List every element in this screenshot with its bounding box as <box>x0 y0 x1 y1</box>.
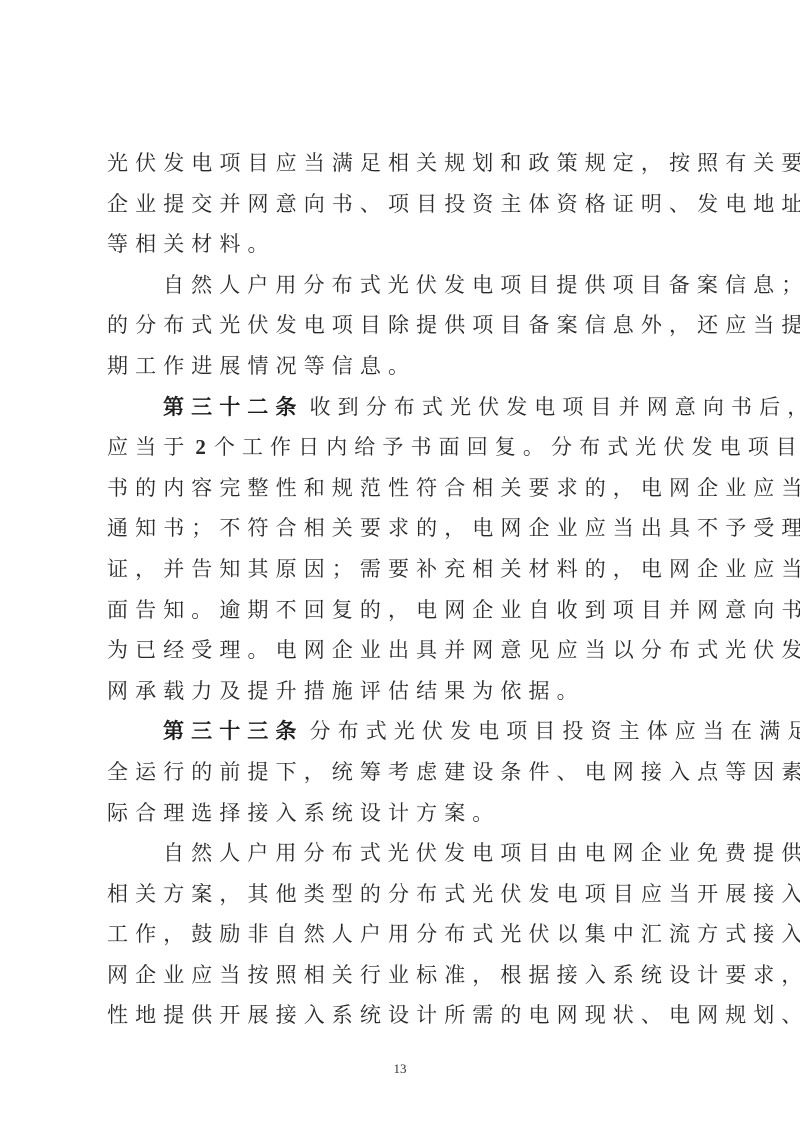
document-page: 光伏发电项目应当满足相关规划和政策规定，按照有关要求向电网 企业提交并网意向书、… <box>0 0 800 1131</box>
article-heading: 第三十二条 <box>163 394 304 419</box>
text-line: 相关方案，其他类型的分布式光伏发电项目应当开展接入系统设计 <box>107 874 707 915</box>
article-32-line: 第三十二条收到分布式光伏发电项目并网意向书后，电网企业 <box>107 387 707 428</box>
text-line: 性地提供开展接入系统设计所需的电网现状、电网规划、接入条件 <box>107 995 707 1036</box>
document-body: 光伏发电项目应当满足相关规划和政策规定，按照有关要求向电网 企业提交并网意向书、… <box>107 143 707 1036</box>
paragraph-start-line: 自然人户用分布式光伏发电项目由电网企业免费提供接入系统 <box>107 833 707 874</box>
text-line: 工作，鼓励非自然人户用分布式光伏以集中汇流方式接入电网。电 <box>107 914 707 955</box>
text-segment: 个工作日内给予书面回复。分布式光伏发电项目并网意向 <box>214 435 800 459</box>
text-line: 企业提交并网意向书、项目投资主体资格证明、发电地址权属证明 <box>107 184 707 225</box>
text-line: 全运行的前提下，统筹考虑建设条件、电网接入点等因素，结合实 <box>107 752 707 793</box>
text-line: 证，并告知其原因；需要补充相关材料的，电网企业应当一次性书 <box>107 549 707 590</box>
article-text: 收到分布式光伏发电项目并网意向书后，电网企业 <box>310 395 800 419</box>
text-segment: 应当于 <box>107 435 191 459</box>
text-line: 为已经受理。电网企业出具并网意见应当以分布式光伏发电接入电 <box>107 630 707 671</box>
paragraph-start-line: 自然人户用分布式光伏发电项目提供项目备案信息；其他类型 <box>107 265 707 306</box>
article-text: 分布式光伏发电项目投资主体应当在满足电网安 <box>310 719 800 743</box>
text-line: 际合理选择接入系统设计方案。 <box>107 793 707 834</box>
text-line: 网企业应当按照相关行业标准，根据接入系统设计要求，及时一次 <box>107 955 707 996</box>
text-line: 书的内容完整性和规范性符合相关要求的，电网企业应当出具受理 <box>107 468 707 509</box>
text-line: 应当于2个工作日内给予书面回复。分布式光伏发电项目并网意向 <box>107 427 707 468</box>
text-line: 的分布式光伏发电项目除提供项目备案信息外，还应当提供项目前 <box>107 305 707 346</box>
text-line: 通知书；不符合相关要求的，电网企业应当出具不予受理的书面凭 <box>107 508 707 549</box>
article-heading: 第三十三条 <box>163 718 304 743</box>
text-line: 面告知。逾期不回复的，电网企业自收到项目并网意向书之日起视 <box>107 590 707 631</box>
page-number: 13 <box>0 1061 800 1077</box>
text-line: 等相关材料。 <box>107 224 707 265</box>
text-line: 网承载力及提升措施评估结果为依据。 <box>107 671 707 712</box>
text-line: 光伏发电项目应当满足相关规划和政策规定，按照有关要求向电网 <box>107 143 707 184</box>
article-33-line: 第三十三条分布式光伏发电项目投资主体应当在满足电网安 <box>107 711 707 752</box>
day-count: 2 <box>191 435 214 459</box>
text-line: 期工作进展情况等信息。 <box>107 346 707 387</box>
